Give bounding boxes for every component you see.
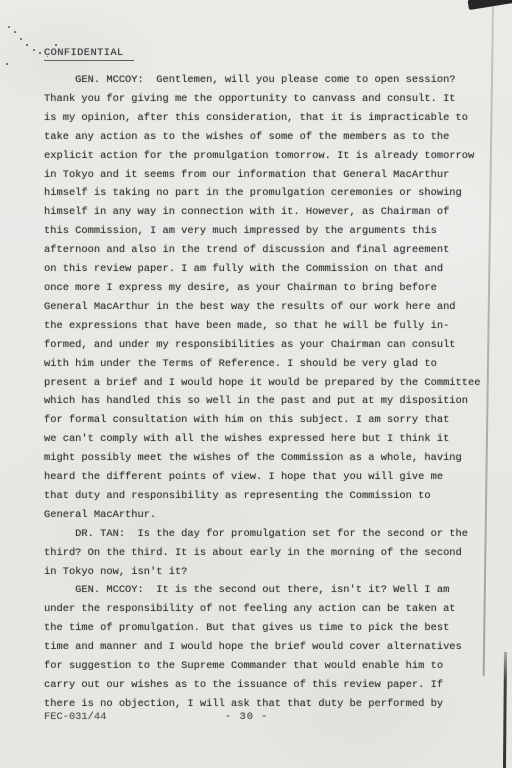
transcript-line: himself is taking no part in the promulg… [44,184,496,203]
transcript-line: might possibly meet the wishes of the Co… [44,449,496,468]
transcript-line: the expressions that have been made, so … [44,317,496,336]
transcript-line: which has handled this so well in the pa… [44,392,496,411]
speck-artifact [6,63,8,65]
transcript-line: once more I express my desire, as your C… [44,279,496,298]
transcript-line: in Tokyo now, isn't it? [44,563,496,582]
transcript-line: General MacArthur. [44,506,496,525]
transcript-body: GEN. MCCOY: Gentlemen, will you please c… [44,71,496,714]
transcript-line: we can't comply with all the wishes expr… [44,430,496,449]
transcript-line: heard the different points of view. I ho… [44,468,496,487]
speck-artifact [8,26,10,28]
speck-artifact [14,31,16,33]
transcript-line: Thank you for giving me the opportunity … [44,90,496,109]
transcript-line: carry out our wishes as to the issuance … [44,676,496,695]
transcript-line: GEN. MCCOY: Gentlemen, will you please c… [44,71,496,90]
transcript-line: third? On the third. It is about early i… [44,544,496,563]
transcript-line: under the responsibility of not feeling … [44,600,496,619]
transcript-line: for formal consultation with him on this… [44,411,496,430]
transcript-line: in Tokyo and it seems from our informati… [44,166,496,185]
classification-heading: CONFIDENTIAL [44,47,134,61]
scan-corner-mark-artifact [468,0,512,10]
page-number: - 30 - [225,708,268,727]
transcript-line: present a brief and I would hope it woul… [44,374,496,393]
transcript-line: formed, and under my responsibilities as… [44,336,496,355]
speck-artifact [26,44,28,46]
document-reference: FEC-031/44 [44,708,106,727]
transcript-line: explicit action for the promulgation tom… [44,147,496,166]
page-footer: FEC-031/44 - 30 - [44,708,474,727]
transcript-line: DR. TAN: Is the day for promulgation set… [44,525,496,544]
transcript-line: take any action as to the wishes of some… [44,128,496,147]
transcript-line: the time of promulgation. But that gives… [44,619,496,638]
speck-artifact [33,49,35,51]
scanned-document-page: CONFIDENTIAL GEN. MCCOY: Gentlemen, will… [0,0,512,768]
transcript-line: is my opinion, after this consideration,… [44,109,496,128]
speck-artifact [39,52,41,54]
transcript-line: time and manner and I would hope the bri… [44,638,496,657]
transcript-line: General MacArthur in the best way the re… [44,298,496,317]
scan-edge-line-artifact [503,652,507,768]
transcript-line: this Commission, I am very much impresse… [44,222,496,241]
transcript-line: afternoon and also in the trend of discu… [44,241,496,260]
speck-artifact [55,44,57,46]
transcript-line: for suggestion to the Supreme Commander … [44,657,496,676]
speck-artifact [20,38,22,40]
transcript-line: himself in any way in connection with it… [44,203,496,222]
transcript-line: on this review paper. I am fully with th… [44,260,496,279]
transcript-line: that duty and responsibility as represen… [44,487,496,506]
transcript-line: with him under the Terms of Reference. I… [44,355,496,374]
transcript-line: GEN. MCCOY: It is the second out there, … [44,581,496,600]
